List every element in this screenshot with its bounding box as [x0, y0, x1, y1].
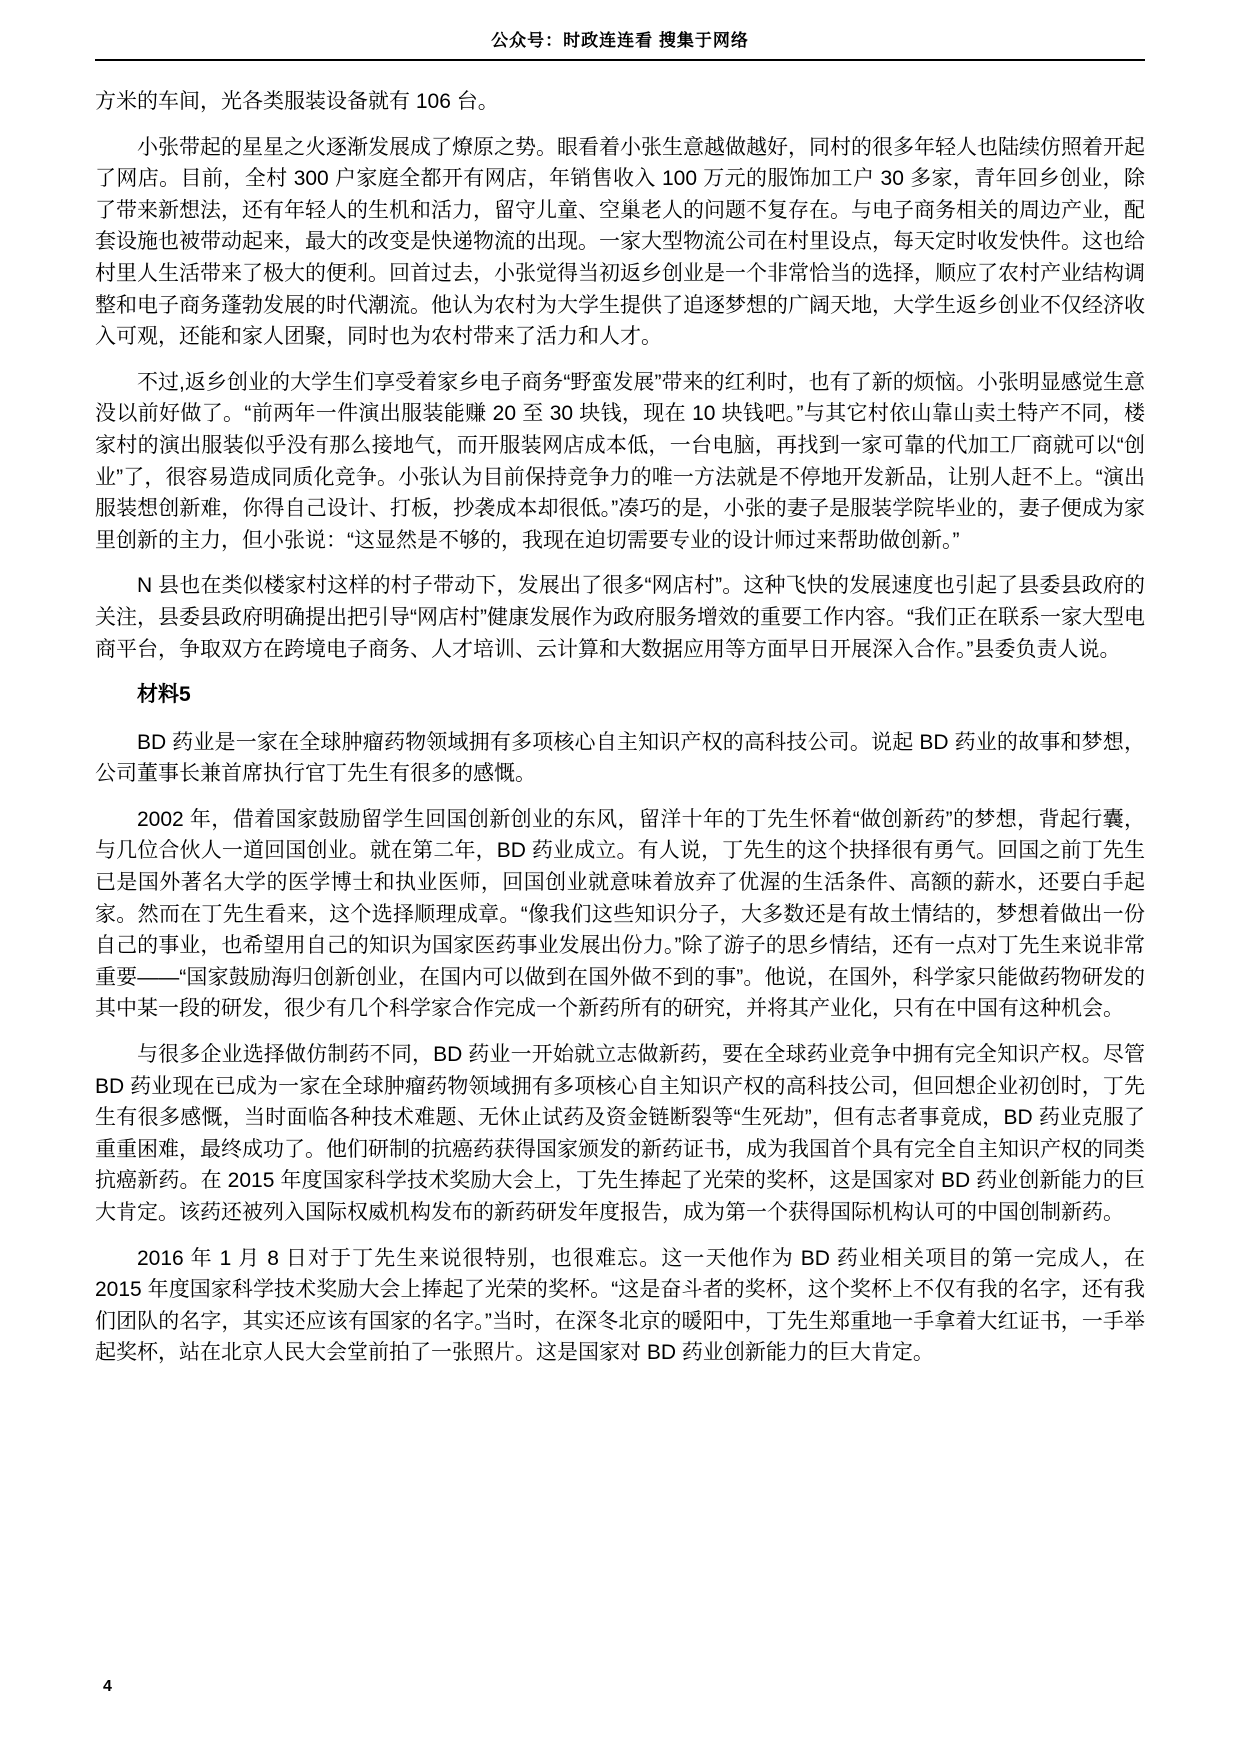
page-number: 4 [103, 1678, 112, 1695]
document-page: 公众号：时政连连看 搜集于网络 方米的车间，光各类服装设备就有 106 台。 小… [0, 0, 1240, 1754]
page-header: 公众号：时政连连看 搜集于网络 [95, 26, 1145, 61]
paragraph: 2016 年 1 月 8 日对于丁先生来说很特别，也很难忘。这一天他作为 BD … [95, 1243, 1145, 1369]
header-divider [95, 59, 1145, 61]
paragraph: 2002 年，借着国家鼓励留学生回国创新创业的东风，留洋十年的丁先生怀着“做创新… [95, 804, 1145, 1025]
page-footer: 4 [103, 1678, 112, 1696]
paragraph: BD 药业是一家在全球肿瘤药物领域拥有多项核心自主知识产权的高科技公司。说起 B… [95, 727, 1145, 790]
paragraph-continuation: 方米的车间，光各类服装设备就有 106 台。 [95, 86, 1145, 118]
section-heading-material-5: 材料5 [95, 679, 1145, 711]
paragraph: 小张带起的星星之火逐渐发展成了燎原之势。眼看着小张生意越做越好，同村的很多年轻人… [95, 132, 1145, 353]
paragraph: N 县也在类似楼家村这样的村子带动下，发展出了很多“网店村”。这种飞快的发展速度… [95, 570, 1145, 665]
paragraph: 与很多企业选择做仿制药不同，BD 药业一开始就立志做新药，要在全球药业竞争中拥有… [95, 1039, 1145, 1229]
document-body: 方米的车间，光各类服装设备就有 106 台。 小张带起的星星之火逐渐发展成了燎原… [95, 86, 1145, 1383]
header-title: 公众号：时政连连看 搜集于网络 [95, 26, 1145, 51]
paragraph: 不过,返乡创业的大学生们享受着家乡电子商务“野蛮发展”带来的红利时，也有了新的烦… [95, 367, 1145, 557]
